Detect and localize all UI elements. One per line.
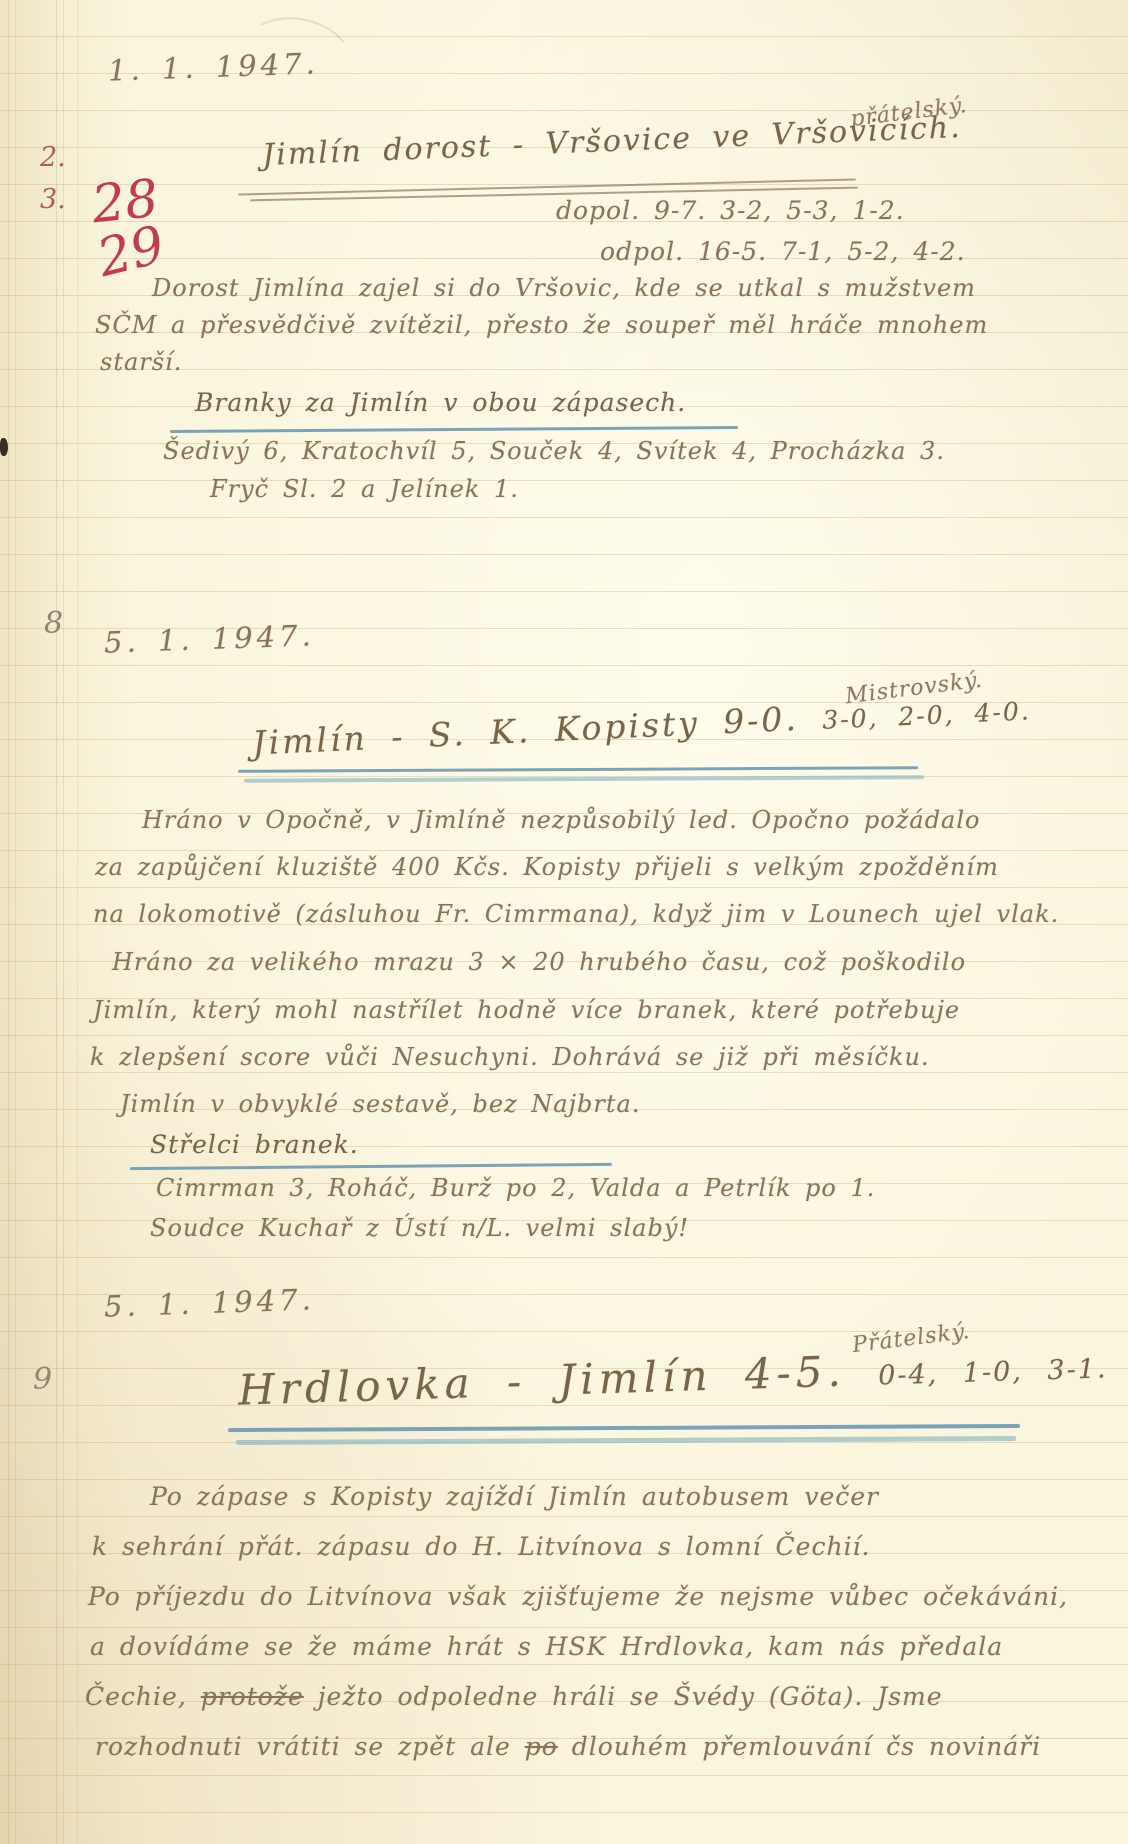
line6-pre: rozhodnuti vrátiti se zpět ale bbox=[95, 1732, 525, 1761]
entry-1-heading: Jimlín dorost - Vršovice ve Vršovicích. bbox=[262, 110, 963, 173]
entry-3-para-line: Po zápase s Kopisty zajíždí Jimlín autob… bbox=[150, 1482, 879, 1511]
page-edge-line bbox=[77, 0, 78, 1844]
ink-spot bbox=[0, 438, 8, 456]
entry-2-para-line: za zapůjčení kluziště 400 Kčs. Kopisty p… bbox=[95, 853, 999, 881]
entry-2-periods: 3-0, 2-0, 4-0. bbox=[822, 696, 1032, 734]
heading-underline bbox=[244, 775, 924, 783]
page-edge-line bbox=[56, 0, 57, 1844]
margin-number-9: 9 bbox=[33, 1362, 52, 1397]
heading-underline bbox=[236, 1436, 1016, 1445]
line6-post: dlouhém přemlouvání čs novináři bbox=[558, 1732, 1041, 1761]
entry-3-heading-text: Hrdlovka - Jimlín 4-5. bbox=[237, 1347, 846, 1415]
entry-2-para-line: na lokomotivě (zásluhou Fr. Cimrmana), k… bbox=[93, 900, 1059, 928]
entry-1-para-line: Dorost Jimlína zajel si do Vršovic, kde … bbox=[152, 274, 976, 302]
entry-3-para-line: a dovídáme se že máme hrát s HSK Hrdlovk… bbox=[90, 1632, 1003, 1661]
entry-2-para-line: Jimlín v obvyklé sestavě, bez Najbrta. bbox=[120, 1090, 640, 1118]
scorers-underline bbox=[130, 1163, 612, 1170]
entry-2-scorers-line: Soudce Kuchař z Ústí n/L. velmi slabý! bbox=[150, 1214, 689, 1242]
heading-underline bbox=[238, 766, 918, 773]
entry-3-heading: Hrdlovka - Jimlín 4-5. 0-4, 1-0, 3-1. bbox=[237, 1338, 1108, 1414]
entry-2-scorers-heading: Střelci branek. bbox=[150, 1130, 359, 1159]
entry-3-para-line: rozhodnuti vrátiti se zpět ale po dlouhé… bbox=[95, 1732, 1041, 1761]
heading-underline bbox=[228, 1424, 1020, 1432]
entry-2-heading-text: Jimlín - S. K. Kopisty 9-0. bbox=[252, 699, 800, 763]
entry-1-para-line: starší. bbox=[100, 348, 182, 376]
margin-number-2: 2. bbox=[40, 142, 66, 173]
line5-pre: Čechie, bbox=[85, 1682, 201, 1711]
margin-number-8: 8 bbox=[44, 606, 63, 641]
entry-1-scorers-line: Šedivý 6, Kratochvíl 5, Souček 4, Svítek… bbox=[163, 437, 945, 465]
entry-3-para-line: Čechie, protože ježto odpoledne hráli se… bbox=[85, 1682, 943, 1711]
line5-struck-word: protože bbox=[201, 1682, 304, 1711]
entry-2-para-line: Hráno za velikého mrazu 3 × 20 hrubého č… bbox=[112, 948, 966, 976]
scorers-underline bbox=[170, 426, 738, 433]
entry-3-periods: 0-4, 1-0, 3-1. bbox=[878, 1353, 1108, 1391]
entry-1-para-line: SČM a přesvědčivě zvítězil, přesto že so… bbox=[95, 311, 988, 339]
entry-3-para-line: k sehrání přát. zápasu do H. Litvínova s… bbox=[92, 1532, 871, 1561]
line5-post: ježto odpoledne hráli se Švédy (Göta). J… bbox=[304, 1682, 943, 1711]
entry-2-date: 5. 1. 1947. bbox=[103, 618, 315, 659]
entry-1-score-afternoon: odpol. 16-5. 7-1, 5-2, 4-2. bbox=[600, 237, 966, 266]
entry-1-scorers-heading: Branky za Jimlín v obou zápasech. bbox=[195, 388, 686, 417]
entry-2-para-line: Hráno v Opočně, v Jimlíně nezpůsobilý le… bbox=[142, 806, 980, 834]
entry-3-date: 5. 1. 1947. bbox=[103, 1282, 315, 1323]
entry-2-scorers-line: Cimrman 3, Roháč, Burž po 2, Valda a Pet… bbox=[156, 1174, 875, 1202]
margin-number-3: 3. bbox=[40, 184, 66, 215]
entry-3-para-line: Po příjezdu do Litvínova však zjišťujeme… bbox=[88, 1582, 1068, 1611]
entry-2-para-line: k zlepšení score vůči Nesuchyni. Dohrává… bbox=[90, 1043, 930, 1071]
entry-1-scorers-line: Fryč Sl. 2 a Jelínek 1. bbox=[210, 475, 519, 503]
entry-2-para-line: Jimlín, který mohl nastřílet hodně více … bbox=[93, 996, 960, 1024]
notebook-page: 2. 3. 28 29 8 9 1. 1. 1947. přátelský. J… bbox=[0, 0, 1128, 1844]
entry-1-score-morning: dopol. 9-7. 3-2, 5-3, 1-2. bbox=[556, 196, 905, 225]
page-edge-line bbox=[63, 0, 64, 1844]
page-edge-line bbox=[15, 0, 16, 1844]
entry-2-heading: Jimlín - S. K. Kopisty 9-0. 3-0, 2-0, 4-… bbox=[252, 688, 1032, 762]
line6-struck-word: po bbox=[525, 1732, 558, 1761]
page-edge-line bbox=[8, 0, 9, 1844]
